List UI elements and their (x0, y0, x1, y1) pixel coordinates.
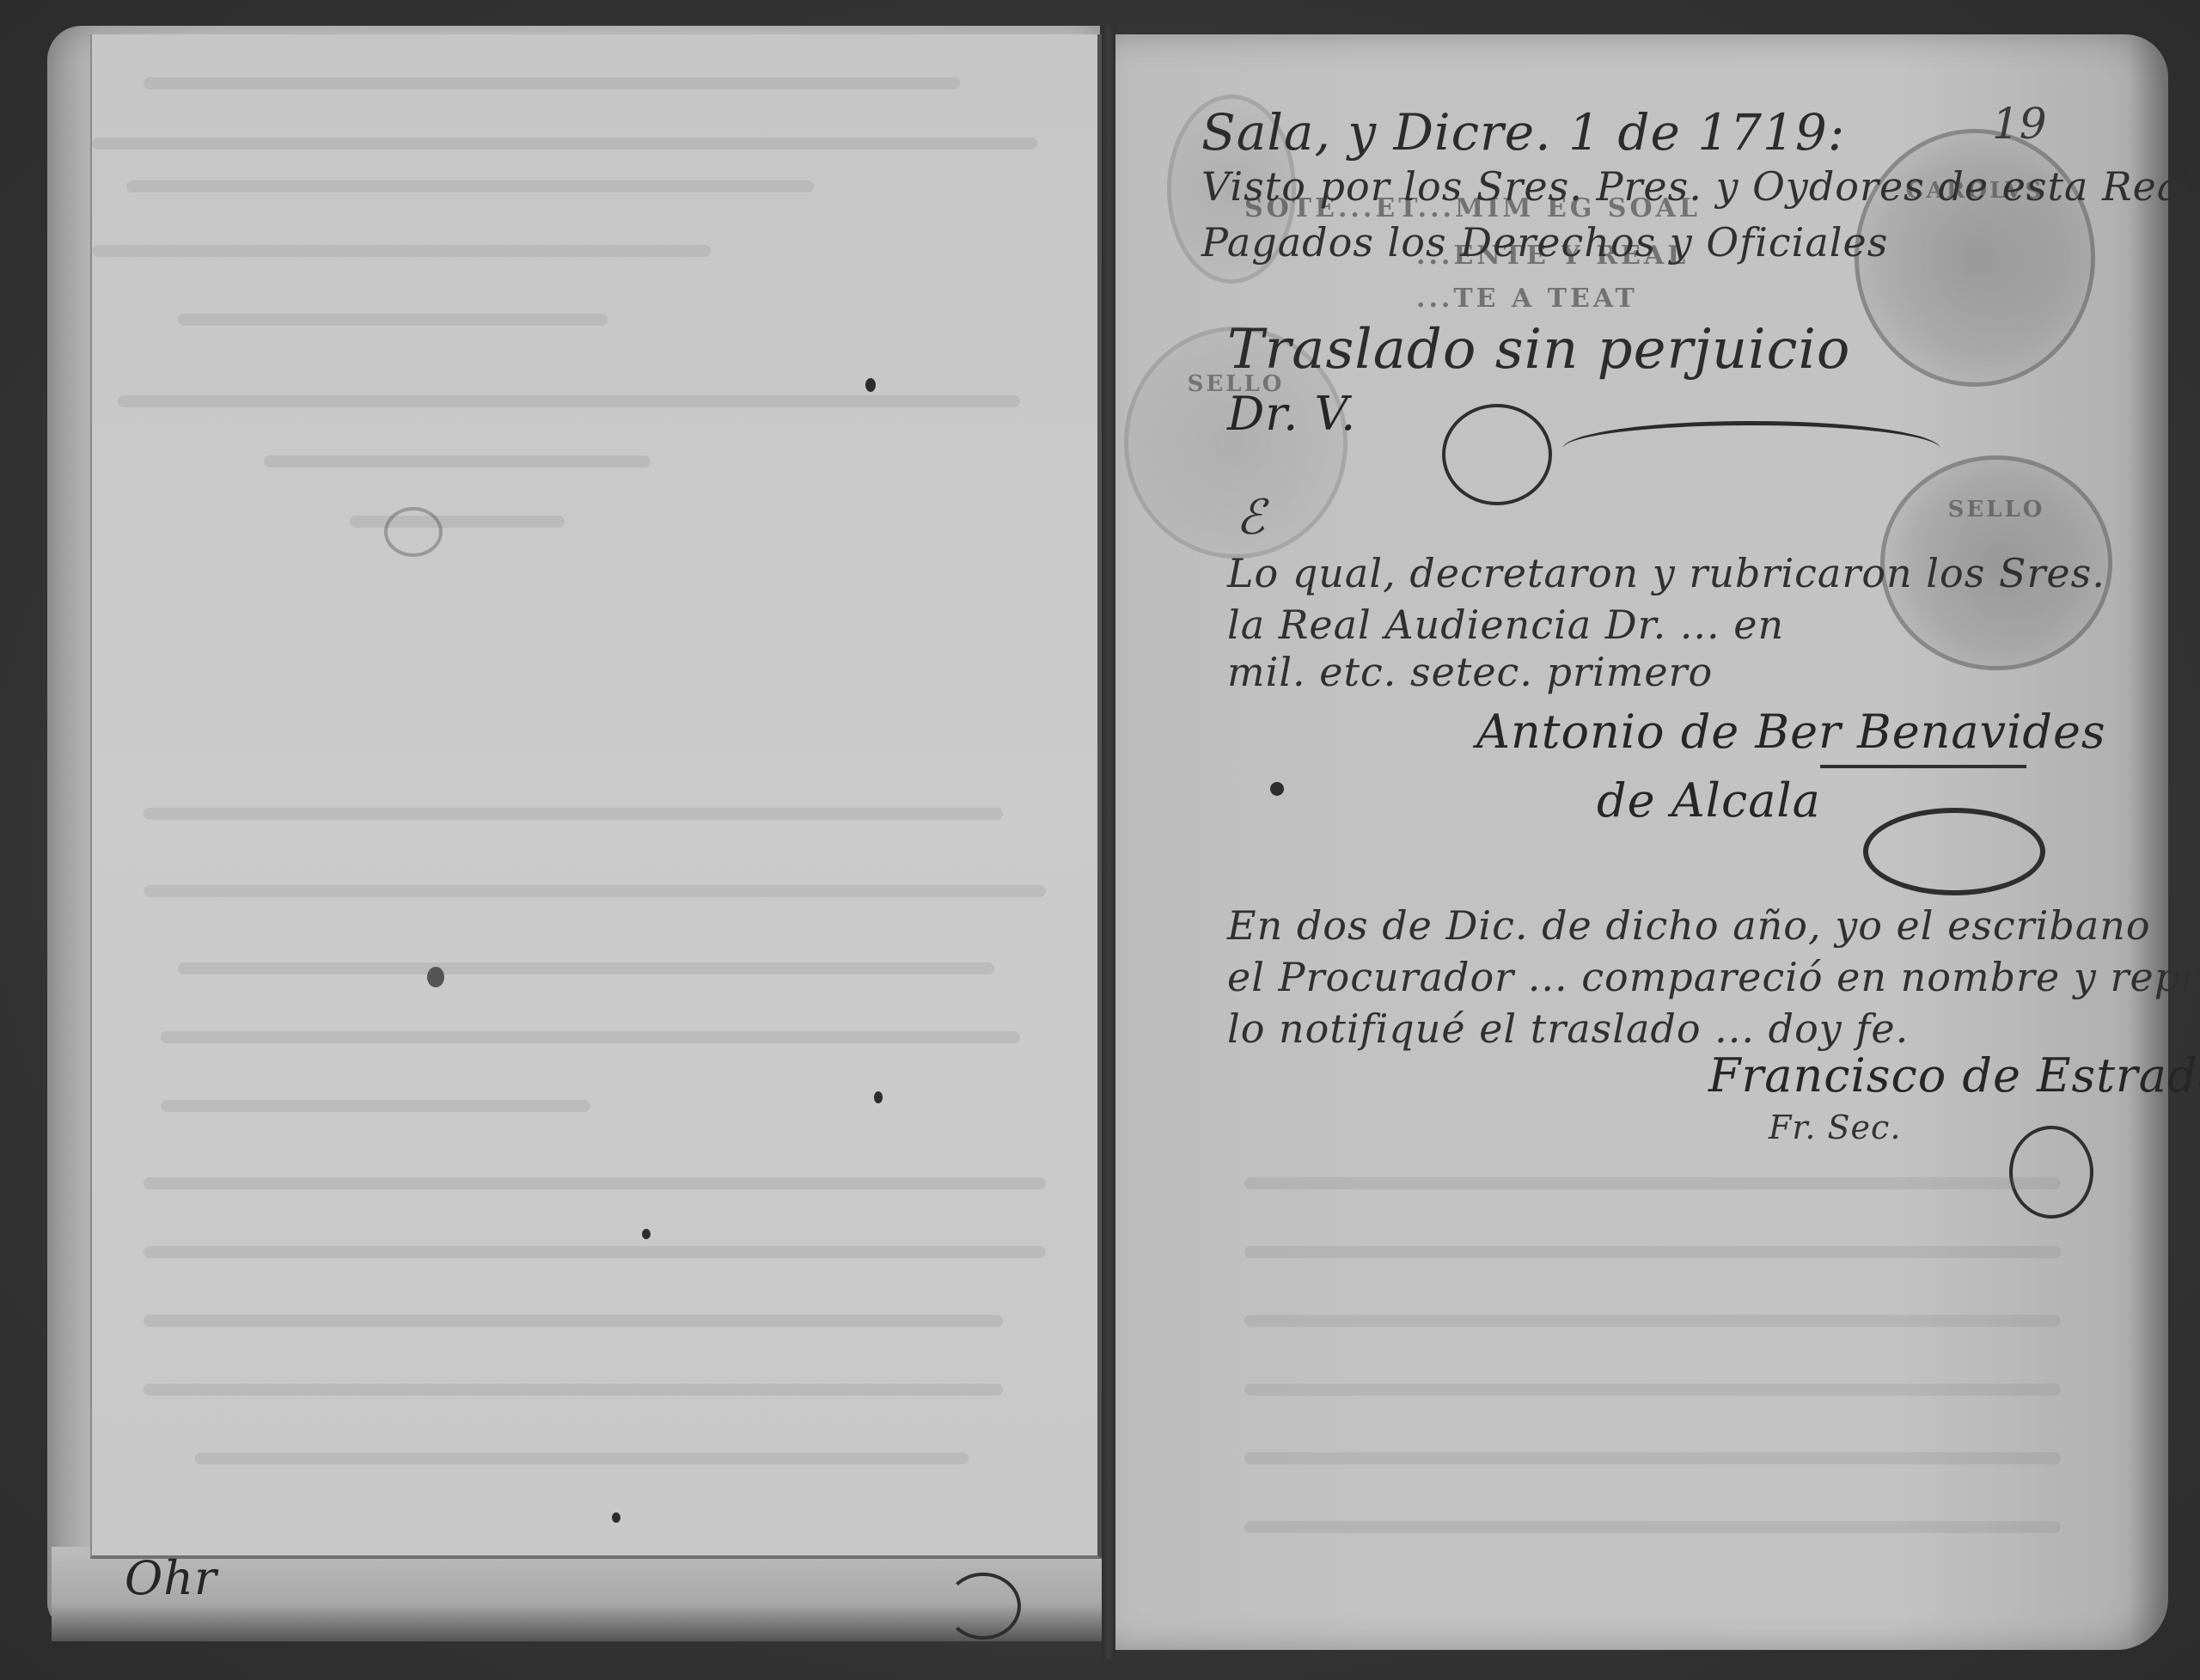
faint-text-line (126, 180, 814, 192)
faint-rubric (384, 507, 443, 557)
faint-text-line (195, 1452, 969, 1464)
faint-text-line (1244, 1177, 2061, 1189)
decree-para2-line1: Lo qual, decretaron y rubricaron los Sre… (1227, 550, 2105, 596)
faint-text-line (178, 314, 608, 326)
faint-text-line (264, 455, 651, 467)
signature-paraph (1863, 808, 2045, 895)
faint-text-line (1244, 1384, 2061, 1396)
faint-text-line (1244, 1521, 2061, 1533)
faint-text-line (118, 395, 1020, 407)
faint-text-line (144, 1384, 1003, 1396)
ink-spot (427, 967, 444, 987)
ink-spot (874, 1091, 883, 1103)
left-page (90, 34, 1103, 1559)
faint-text-line (161, 1100, 590, 1112)
notification-line2: el Procurador ... compareció en nombre y… (1227, 954, 2200, 1000)
ink-spot (642, 1229, 651, 1239)
notary-rubric (2009, 1126, 2093, 1219)
notification-line3: lo notifiqué el traslado ... doy fe. (1227, 1005, 1909, 1052)
notary-signature-line1: Francisco de Estrada (1708, 1048, 2200, 1103)
initials-rubric: Dr. V. (1227, 387, 1356, 441)
right-page: SELLO CAROLVS SELLO 19 Sala, y Dicre. 1 … (1115, 34, 2168, 1650)
faint-text-line (1244, 1315, 2061, 1327)
folio-number: 19 (1992, 99, 2047, 149)
book-gutter (1102, 26, 1115, 1659)
faint-text-line (144, 1246, 1046, 1258)
dateline: Sala, y Dicre. 1 de 1719: (1201, 103, 1845, 162)
rubric-flourish (1562, 421, 1940, 477)
decree-line-2: Pagados los Derechos y Oficiales (1201, 219, 1888, 266)
signature-underline (1820, 765, 2026, 768)
faint-text-line (1244, 1246, 2061, 1258)
faint-text-line (350, 516, 565, 528)
decree-para2-line2: la Real Audiencia Dr. ... en (1227, 602, 1784, 648)
faint-text-line (161, 1031, 1020, 1043)
signature-main-line1: Antonio de Ber Benavides (1476, 705, 2106, 759)
notary-signature-line2: Fr. Sec. (1769, 1109, 1901, 1146)
faint-text-line (144, 808, 1003, 820)
left-footer-abbreviation: Ohr (125, 1551, 217, 1605)
faint-text-line (144, 885, 1046, 897)
decree-initial-E: ℰ (1236, 490, 1266, 546)
decree-line-1: Visto por los Sres. Pres. y Oydores de e… (1201, 163, 2200, 210)
left-footer-rubric (945, 1573, 1021, 1640)
ink-spot (612, 1512, 620, 1523)
ink-spot (1270, 782, 1284, 796)
faint-text-line (144, 1315, 1003, 1327)
decree-line-3: Traslado sin perjuicio (1227, 318, 1850, 382)
ink-spot (865, 378, 876, 392)
rubric-circle (1442, 404, 1552, 505)
faint-text-line (144, 77, 960, 89)
faint-text-line (1244, 1452, 2061, 1464)
faint-text-line (144, 1177, 1046, 1189)
faint-text-line (92, 137, 1037, 150)
faint-text-line (178, 962, 994, 974)
faint-text-line (92, 245, 711, 257)
printed-header-line3: ...TE A TEAT (1416, 284, 1638, 314)
notification-line1: En dos de Dic. de dicho año, yo el escri… (1227, 902, 2151, 949)
microfilm-scan: Ohr SELLO CAROLVS SELLO 19 Sala, y Dicre… (0, 0, 2200, 1680)
decree-para2-line3: mil. etc. setec. primero (1227, 649, 1713, 695)
signature-main-line2: de Alcala (1597, 773, 1821, 828)
